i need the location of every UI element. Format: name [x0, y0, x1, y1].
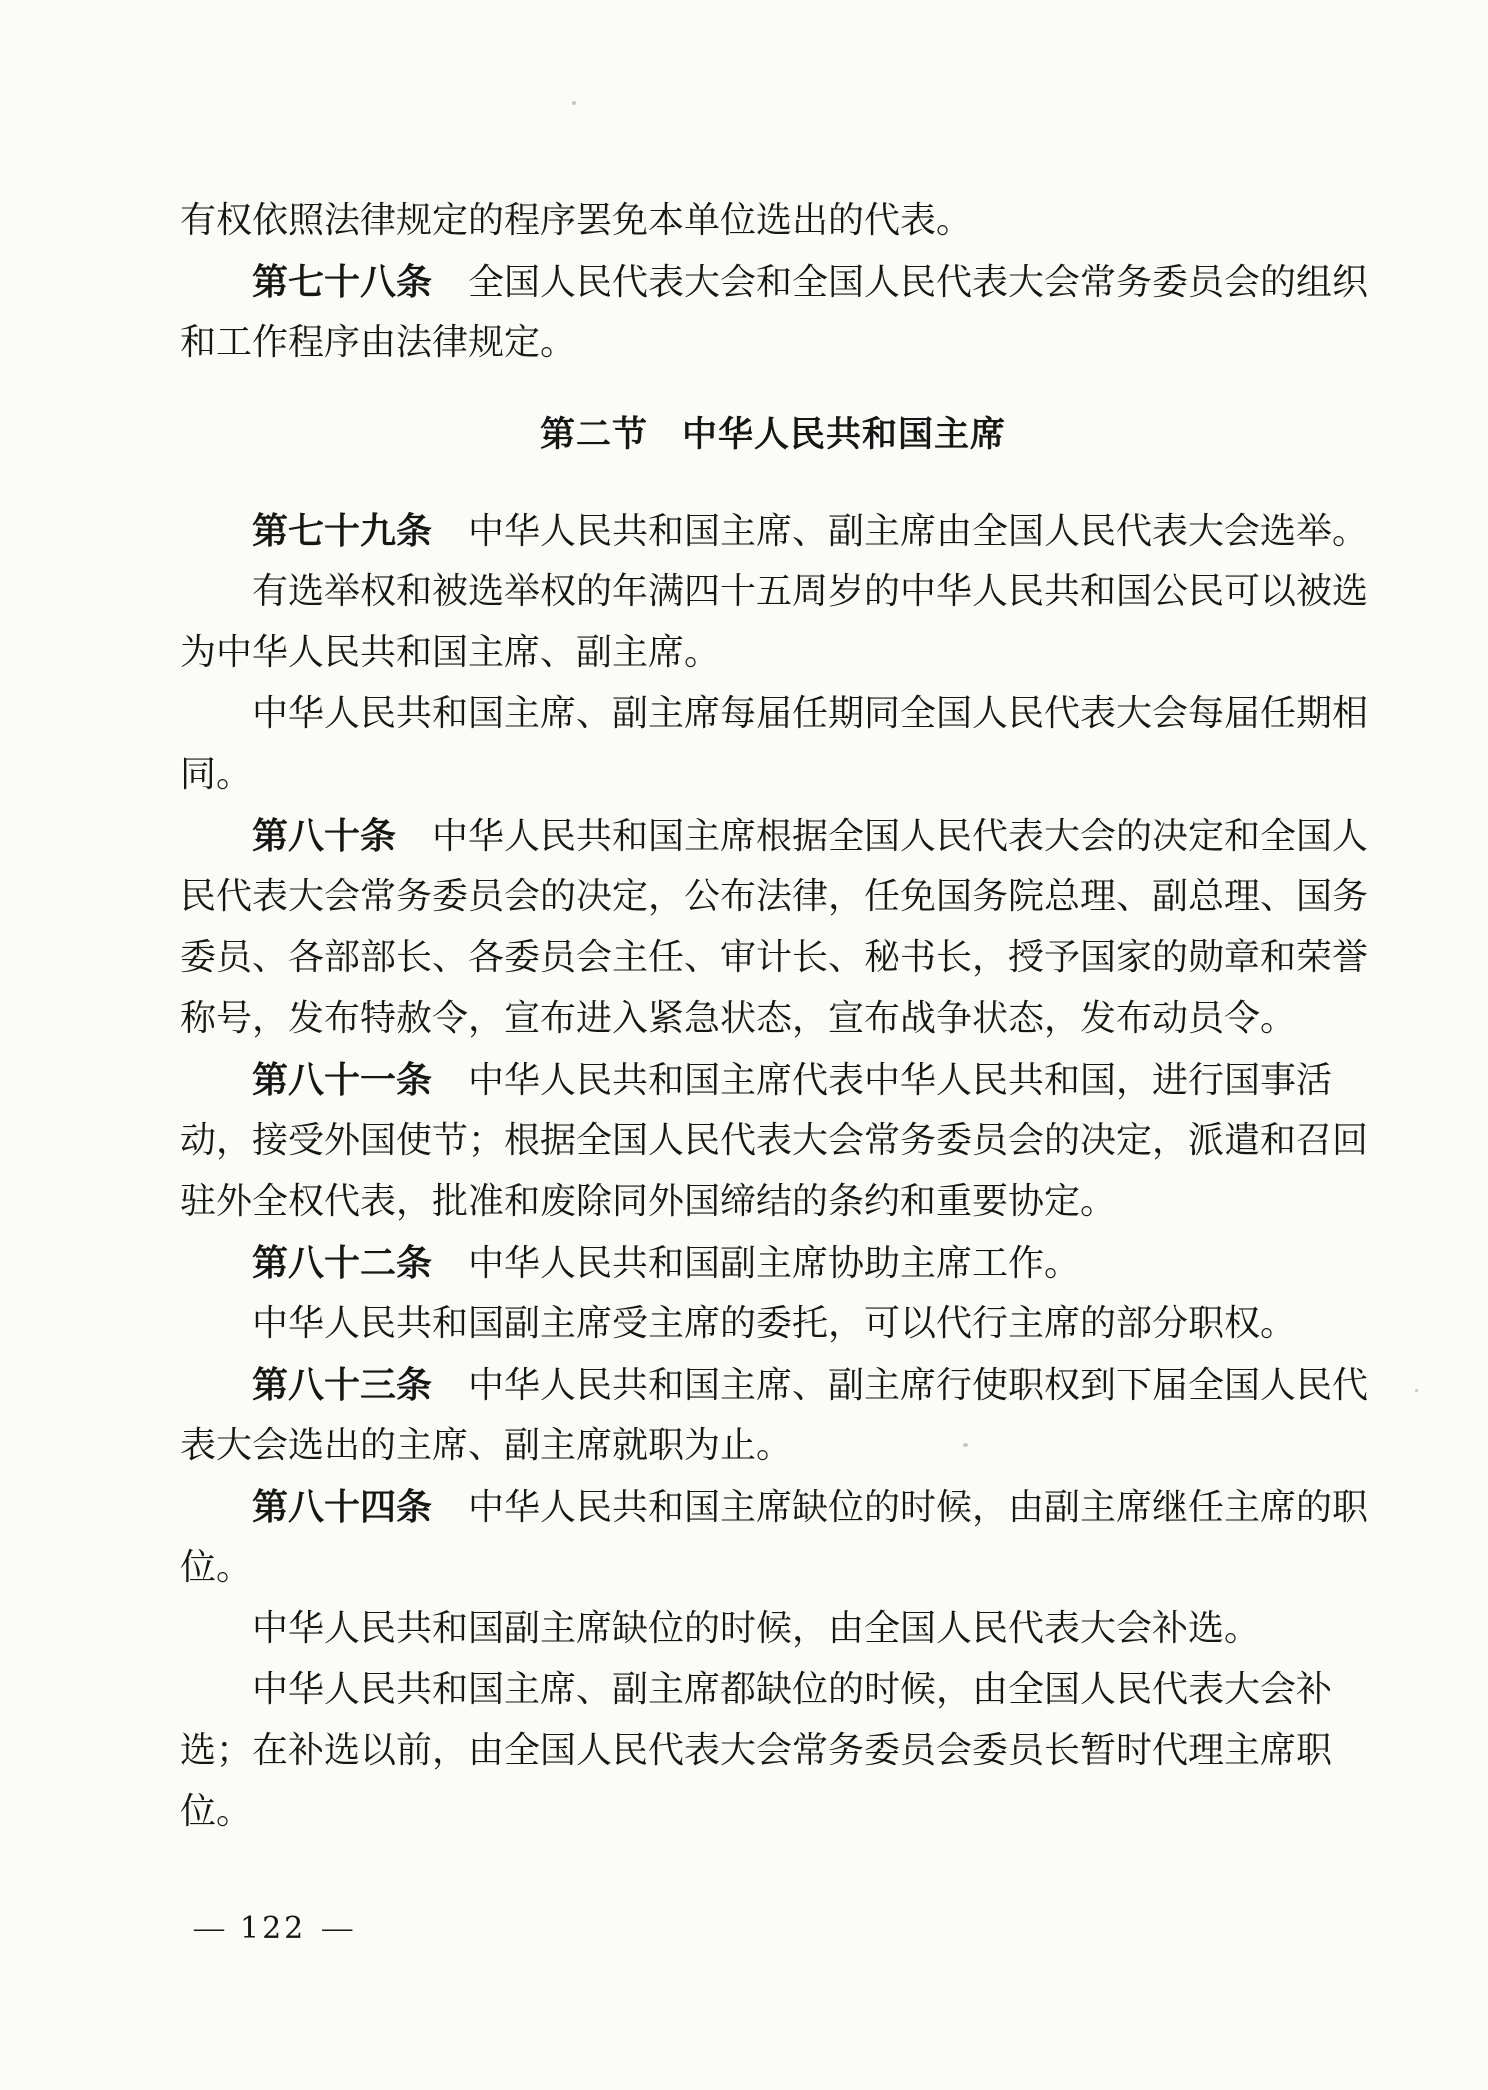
article-number: 第八十二条 [252, 1242, 432, 1283]
article-number: 第八十四条 [252, 1486, 432, 1527]
page-number: — 122 — [180, 1908, 1366, 1948]
scan-speck [572, 101, 576, 105]
text-line: 称号，发布特赦令，宣布进入紧急状态，宣布战争状态，发布动员令。 [180, 988, 1366, 1049]
text-line: 中华人民共和国主席、副主席每届任期同全国人民代表大会每届任期相 [180, 683, 1366, 744]
text-line: 第八十二条中华人民共和国副主席协助主席工作。 [180, 1232, 1366, 1293]
text-line: 第八十四条中华人民共和国主席缺位的时候，由副主席继任主席的职 [180, 1476, 1366, 1537]
text-line: 中华人民共和国主席、副主席都缺位的时候，由全国人民代表大会补 [180, 1659, 1366, 1720]
article-number: 第八十三条 [252, 1364, 432, 1405]
text-line: 第八十一条中华人民共和国主席代表中华人民共和国，进行国事活 [180, 1049, 1366, 1110]
line-text: 中华人民共和国副主席受主席的委托，可以代行主席的部分职权。 [252, 1303, 1296, 1343]
text-line: 表大会选出的主席、副主席就职为止。 [180, 1415, 1366, 1476]
line-text: 位。 [180, 1547, 252, 1587]
line-text: 中华人民共和国主席、副主席行使职权到下届全国人民代 [468, 1365, 1368, 1405]
text-line: 有选举权和被选举权的年满四十五周岁的中华人民共和国公民可以被选 [180, 561, 1366, 622]
section-title: 中华人民共和国主席 [682, 415, 1006, 454]
text-line: 第八十三条中华人民共和国主席、副主席行使职权到下届全国人民代 [180, 1354, 1366, 1415]
text-line: 同。 [180, 744, 1366, 805]
line-text: 中华人民共和国主席缺位的时候，由副主席继任主席的职 [468, 1487, 1368, 1527]
text-line: 中华人民共和国副主席缺位的时候，由全国人民代表大会补选。 [180, 1598, 1366, 1659]
line-text: 委员、各部部长、各委员会主任、审计长、秘书长，授予国家的勋章和荣誉 [180, 937, 1368, 977]
scan-speck [1415, 1389, 1418, 1392]
text-line: 选；在补选以前，由全国人民代表大会常务委员会委员长暂时代理主席职 [180, 1720, 1366, 1781]
article-number: 第八十条 [252, 815, 396, 856]
page-number-value: 122 [240, 1911, 306, 1946]
line-text: 有选举权和被选举权的年满四十五周岁的中华人民共和国公民可以被选 [252, 571, 1368, 611]
line-text: 民代表大会常务委员会的决定，公布法律，任免国务院总理、副总理、国务 [180, 876, 1368, 916]
text-line: 为中华人民共和国主席、副主席。 [180, 622, 1366, 683]
line-text: 同。 [180, 754, 252, 794]
line-text: 全国人民代表大会和全国人民代表大会常务委员会的组织 [468, 262, 1368, 302]
text-line: 和工作程序由法律规定。 [180, 312, 1366, 373]
line-text: 驻外全权代表，批准和废除同外国缔结的条约和重要协定。 [180, 1181, 1116, 1221]
article-number: 第七十八条 [252, 261, 432, 302]
line-text: 选；在补选以前，由全国人民代表大会常务委员会委员长暂时代理主席职 [180, 1730, 1332, 1770]
line-text: 为中华人民共和国主席、副主席。 [180, 632, 720, 672]
article-number: 第八十一条 [252, 1059, 432, 1100]
page-number-right-dash: — [322, 1911, 352, 1945]
line-text: 和工作程序由法律规定。 [180, 322, 576, 362]
line-text: 中华人民共和国主席、副主席都缺位的时候，由全国人民代表大会补 [252, 1669, 1332, 1709]
line-text: 称号，发布特赦令，宣布进入紧急状态，宣布战争状态，发布动员令。 [180, 998, 1296, 1038]
text-line: 第七十九条中华人民共和国主席、副主席由全国人民代表大会选举。 [180, 500, 1366, 561]
line-text: 中华人民共和国主席代表中华人民共和国，进行国事活 [468, 1060, 1332, 1100]
line-text: 中华人民共和国副主席协助主席工作。 [468, 1243, 1080, 1283]
line-text: 动，接受外国使节；根据全国人民代表大会常务委员会的决定，派遣和召回 [180, 1120, 1368, 1160]
line-text: 位。 [180, 1791, 252, 1831]
article-number: 第七十九条 [252, 510, 432, 551]
line-text: 有权依照法律规定的程序罢免本单位选出的代表。 [180, 200, 972, 240]
text-line: 位。 [180, 1781, 1366, 1842]
paragraphs-after-heading: 第七十九条中华人民共和国主席、副主席由全国人民代表大会选举。有选举权和被选举权的… [180, 500, 1366, 1842]
scanned-document-page: 有权依照法律规定的程序罢免本单位选出的代表。第七十八条全国人民代表大会和全国人民… [0, 0, 1488, 2090]
text-line: 第七十八条全国人民代表大会和全国人民代表大会常务委员会的组织 [180, 251, 1366, 312]
section-number: 第二节 [540, 415, 648, 454]
text-line: 民代表大会常务委员会的决定，公布法律，任免国务院总理、副总理、国务 [180, 866, 1366, 927]
paragraphs-before-heading: 有权依照法律规定的程序罢免本单位选出的代表。第七十八条全国人民代表大会和全国人民… [180, 190, 1366, 373]
text-line: 动，接受外国使节；根据全国人民代表大会常务委员会的决定，派遣和召回 [180, 1110, 1366, 1171]
text-line: 有权依照法律规定的程序罢免本单位选出的代表。 [180, 190, 1366, 251]
line-text: 中华人民共和国主席、副主席由全国人民代表大会选举。 [468, 511, 1368, 551]
text-line: 第八十条中华人民共和国主席根据全国人民代表大会的决定和全国人 [180, 805, 1366, 866]
page-number-left-dash: — [194, 1911, 224, 1945]
text-line: 位。 [180, 1537, 1366, 1598]
line-text: 表大会选出的主席、副主席就职为止。 [180, 1425, 792, 1465]
line-text: 中华人民共和国主席根据全国人民代表大会的决定和全国人 [432, 816, 1368, 856]
text-line: 委员、各部部长、各委员会主任、审计长、秘书长，授予国家的勋章和荣誉 [180, 927, 1366, 988]
line-text: 中华人民共和国主席、副主席每届任期同全国人民代表大会每届任期相 [252, 693, 1368, 733]
line-text: 中华人民共和国副主席缺位的时候，由全国人民代表大会补选。 [252, 1608, 1260, 1648]
section-heading: 第二节中华人民共和国主席 [180, 404, 1366, 465]
text-line: 中华人民共和国副主席受主席的委托，可以代行主席的部分职权。 [180, 1293, 1366, 1354]
text-block: 有权依照法律规定的程序罢免本单位选出的代表。第七十八条全国人民代表大会和全国人民… [180, 190, 1366, 1948]
text-line: 驻外全权代表，批准和废除同外国缔结的条约和重要协定。 [180, 1171, 1366, 1232]
